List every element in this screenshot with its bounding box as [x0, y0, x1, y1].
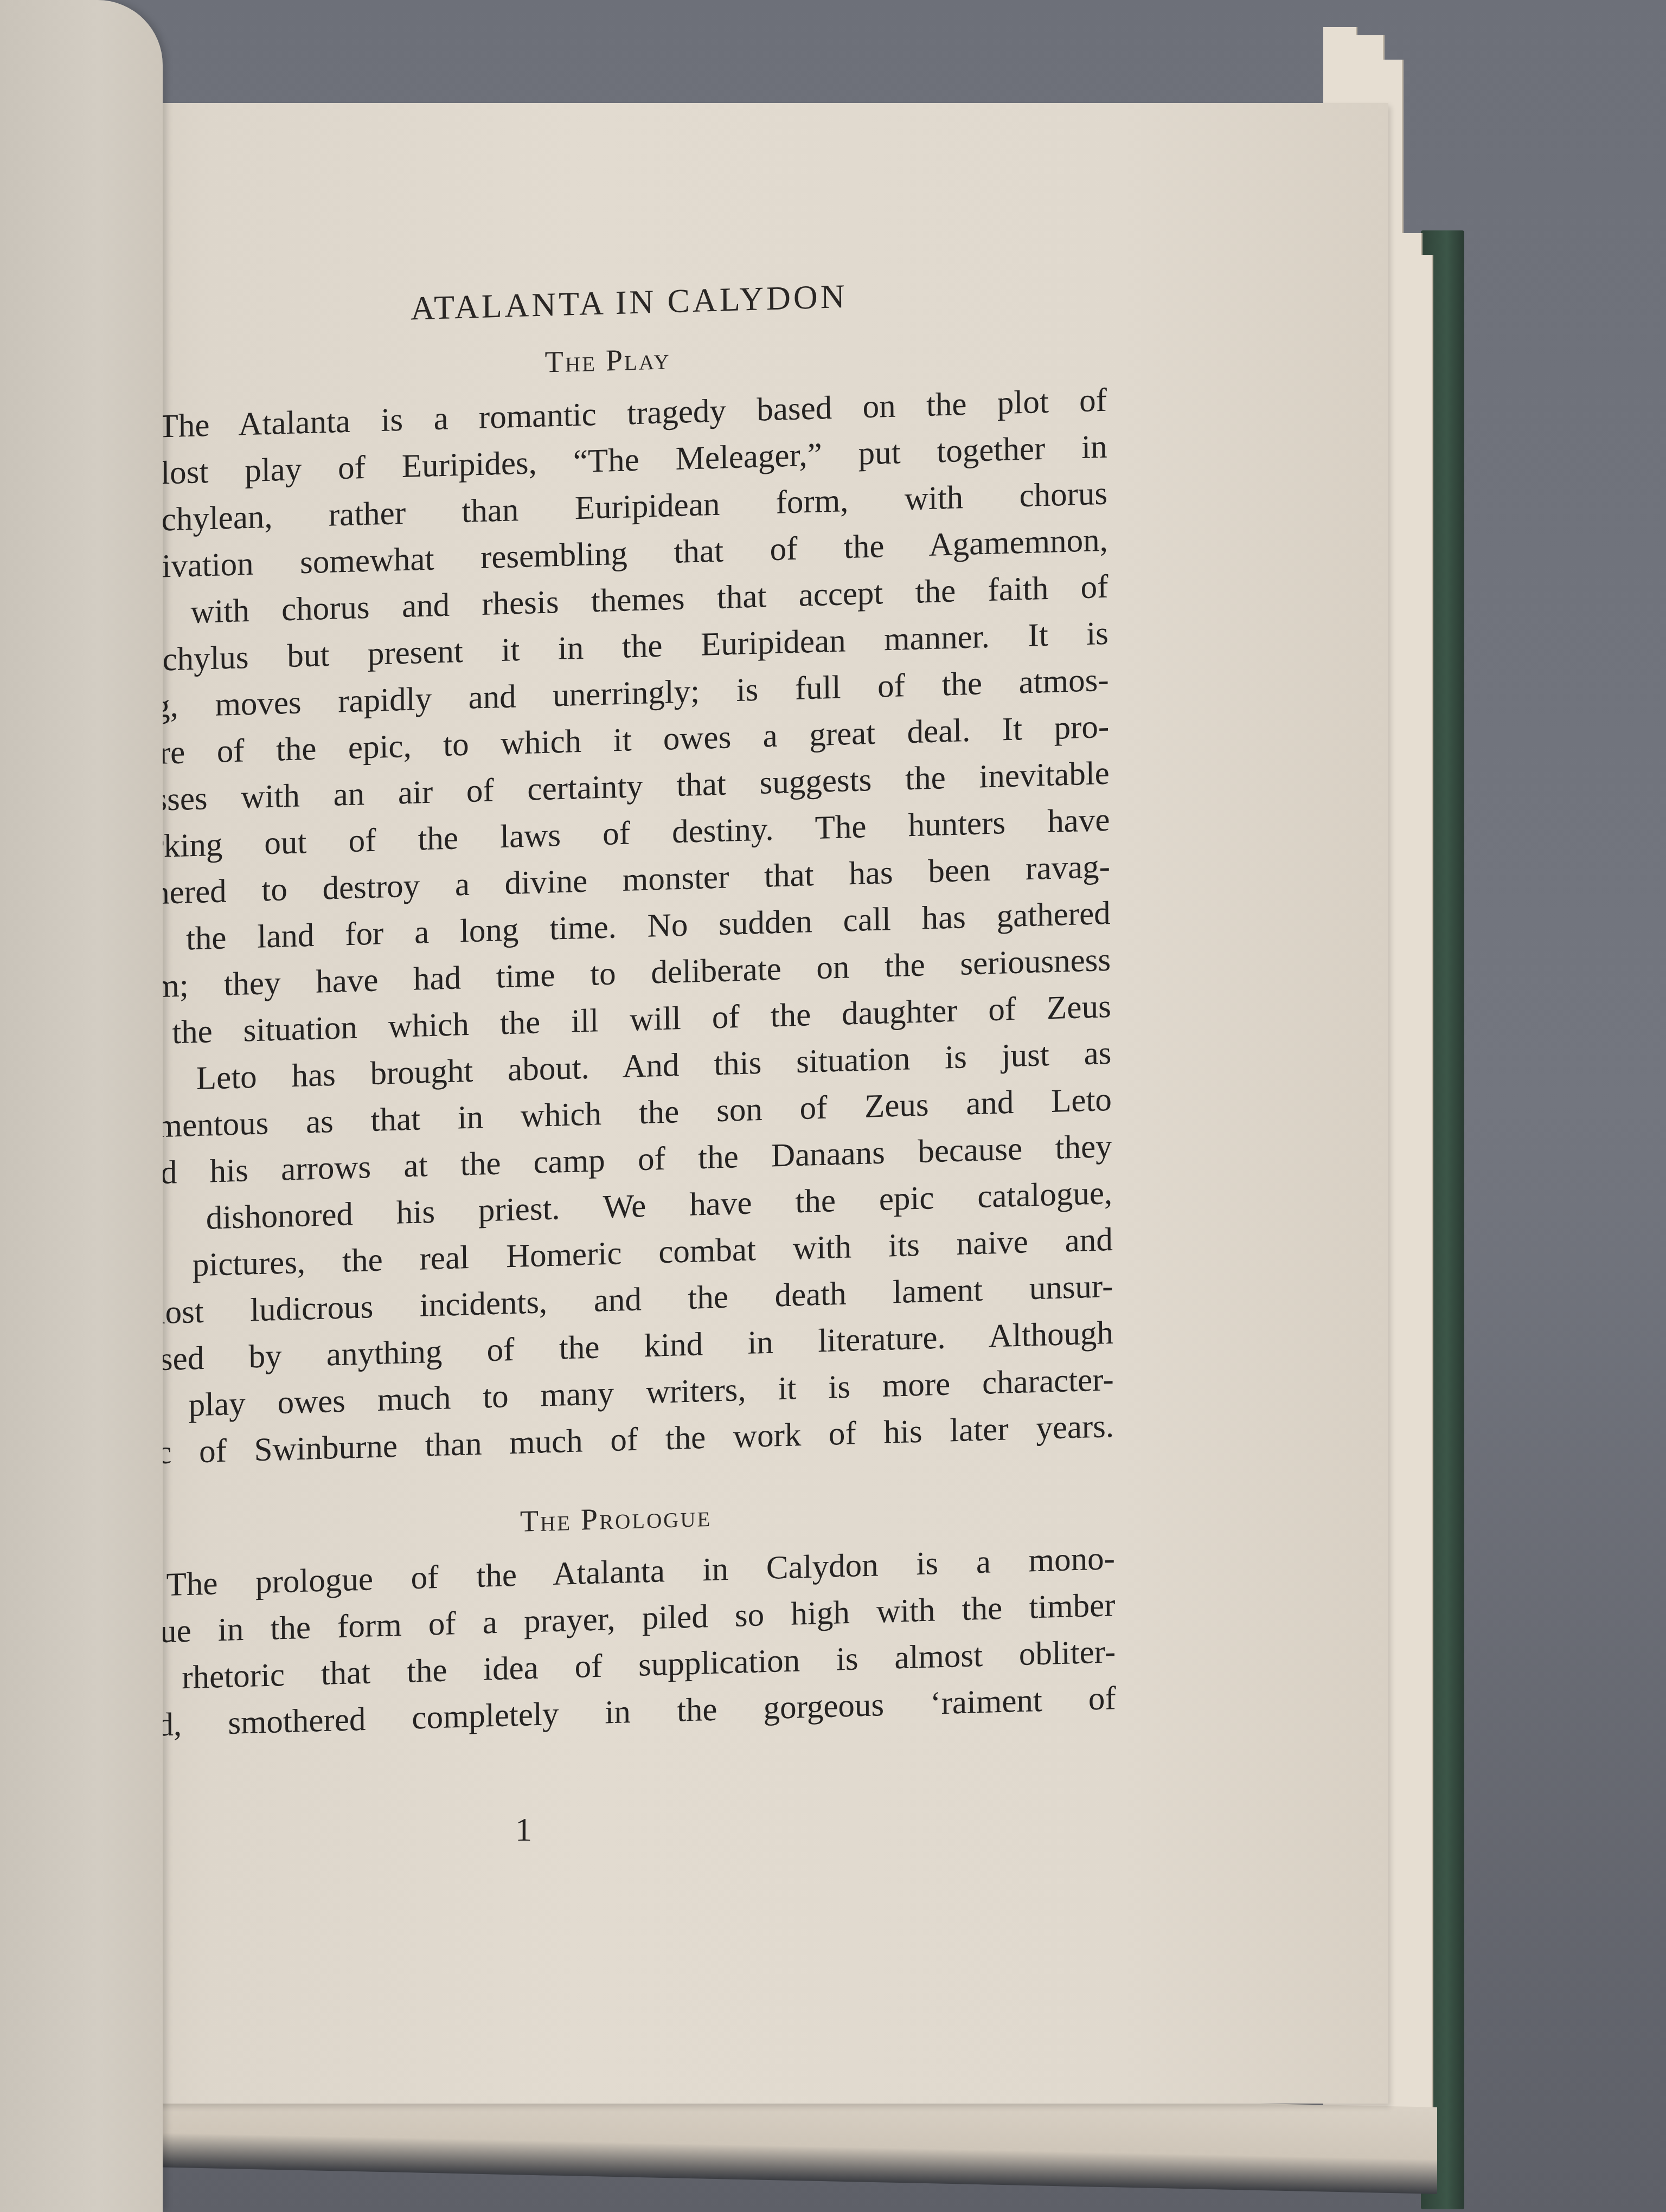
photo-scene: ATALANTA IN CALYDON The Play The Atalant… — [0, 0, 1666, 2212]
page-number: 1 — [515, 1811, 532, 1849]
page-text: ATALANTA IN CALYDON The Play The Atalant… — [108, 271, 1116, 1750]
page-title: ATALANTA IN CALYDON — [152, 271, 1106, 336]
left-page-curl — [0, 0, 163, 2212]
page-edge — [1415, 255, 1433, 2158]
paragraph-the-prologue: The prologue of the Atalanta in Calydon … — [117, 1535, 1116, 1750]
book-page: ATALANTA IN CALYDON The Play The Atalant… — [49, 103, 1388, 2104]
paragraph-the-play: The Atalanta is a romantic tragedy based… — [109, 377, 1114, 1478]
